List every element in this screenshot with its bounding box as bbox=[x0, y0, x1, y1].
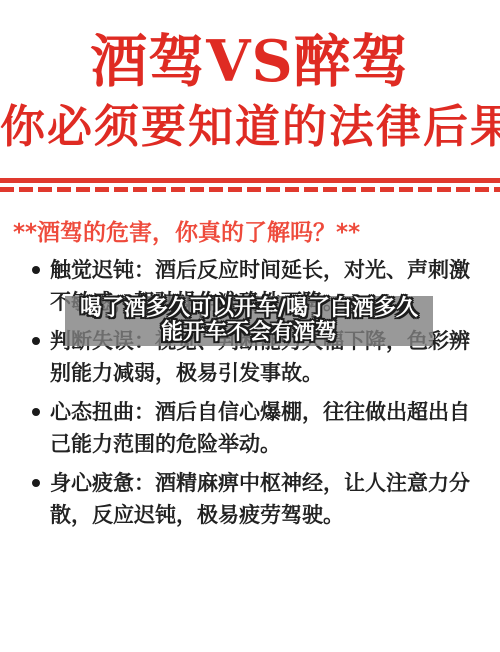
caption-overlay: 喝了酒多久可以开车/喝了白酒多久 能开车不会有酒驾 bbox=[65, 296, 433, 346]
bullet-line: 己能力范围的危险举动。 bbox=[50, 428, 476, 460]
poster: 酒驾VS醉驾 你必须要知道的法律后果 **酒驾的危害，你真的了解吗？** 触觉迟… bbox=[0, 0, 500, 652]
bullet-item-distorted-mindset: 心态扭曲：酒后自信心爆棚，往往做出超出自 己能力范围的危险举动。 bbox=[28, 396, 488, 460]
bullet-line: 别能力减弱，极易引发事故。 bbox=[50, 357, 476, 389]
caption-line-2: 能开车不会有酒驾 bbox=[65, 321, 433, 345]
page-title: 酒驾VS醉驾 bbox=[0, 30, 500, 94]
bullet-line: 触觉迟钝：酒后反应时间延长，对光、声刺激 bbox=[50, 254, 476, 286]
separator-dashed-line bbox=[0, 187, 500, 192]
section-heading: **酒驾的危害，你真的了解吗？** bbox=[13, 218, 493, 248]
bullet-item-fatigue: 身心疲惫：酒精麻痹中枢神经，让人注意力分 散，反应迟钝，极易疲劳驾驶。 bbox=[28, 467, 488, 531]
bullet-line: 散，反应迟钝，极易疲劳驾驶。 bbox=[50, 499, 476, 531]
bullet-dot-icon bbox=[32, 479, 40, 487]
page-subtitle: 你必须要知道的法律后果 bbox=[0, 100, 500, 154]
bullet-dot-icon bbox=[32, 408, 40, 416]
bullet-dot-icon bbox=[32, 337, 40, 345]
bullet-line: 身心疲惫：酒精麻痹中枢神经，让人注意力分 bbox=[50, 467, 476, 499]
separator-solid-line bbox=[0, 178, 500, 183]
bullet-dot-icon bbox=[32, 266, 40, 274]
bullet-line: 心态扭曲：酒后自信心爆棚，往往做出超出自 bbox=[50, 396, 476, 428]
caption-line-1: 喝了酒多久可以开车/喝了白酒多久 bbox=[65, 297, 433, 321]
